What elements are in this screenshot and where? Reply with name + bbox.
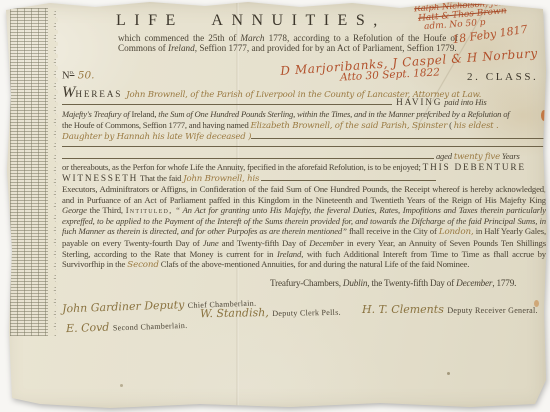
debenture-document: LIFE ANNUITIES, which commenced the 25th…	[0, 0, 550, 412]
text-segment: Elizabeth Brownell, of the said Parish, …	[251, 121, 448, 131]
signature-script: H. T. Clements	[362, 303, 447, 316]
text-segment: Executors, Adminiftrators or Affigns, in…	[62, 184, 546, 205]
text-segment: London,	[439, 227, 474, 237]
wax-stain	[541, 110, 547, 121]
text-segment: and Twenty-fifth Day of	[219, 238, 310, 248]
text-segment: Treafury-Chambers,	[270, 278, 343, 288]
text-segment: HAVING	[392, 98, 442, 108]
text-segment: twenty five	[454, 152, 500, 162]
paper-shadow: LIFE ANNUITIES, which commenced the 25th…	[0, 0, 550, 412]
text-segment: Dublin	[343, 278, 367, 288]
text-segment: N	[62, 71, 70, 82]
main-paragraph: Executors, Adminiftrators or Affigns, in…	[62, 184, 546, 271]
text-segment: fhall receive in the City of	[347, 226, 439, 236]
signature-script: John Gardiner Deputy	[62, 298, 188, 315]
text-segment: Ireland,	[131, 109, 158, 119]
text-segment	[251, 132, 546, 139]
signature-title: Deputy Clerk Pells.	[272, 308, 341, 318]
text-segment: or thereabouts, as the Perfon for whofe …	[62, 162, 423, 172]
text-segment: Clafs of the above-mentioned Annuities, …	[159, 259, 470, 269]
text-segment: Intituled,	[126, 205, 173, 215]
text-segment: , 1779.	[492, 278, 516, 288]
text-segment: his eldest .	[454, 121, 499, 131]
class-label: 2. CLASS.	[467, 71, 538, 83]
line-having-paid: HAVING paid into His	[62, 97, 487, 108]
signature-script: E. Covd	[66, 320, 113, 335]
text-segment: aged	[434, 151, 454, 161]
certificate-number: No. 50.	[62, 69, 95, 82]
text-segment: THIS DEBENTURE	[423, 163, 526, 173]
text-segment: March	[240, 33, 264, 43]
dateline: Treafury-Chambers, Dublin, the Twenty-fi…	[270, 278, 516, 288]
signature-script: W. Standish,	[200, 306, 272, 320]
line-thereabouts: or thereabouts, as the Perfon for whofe …	[62, 162, 526, 173]
text-segment: , the Twenty-fifth Day of	[367, 278, 456, 288]
text-segment: December	[456, 278, 492, 288]
intro-paragraph: which commenced the 25th of March 1778, …	[118, 33, 458, 54]
text-segment: Ireland	[168, 43, 195, 53]
text-segment: Majefty's Treafury of	[62, 109, 131, 119]
text-segment: paid into His	[442, 97, 486, 107]
text-segment	[62, 152, 434, 159]
text-segment: George	[62, 205, 87, 215]
indenture-lace-border	[10, 8, 56, 336]
line-treasury-sum: Majefty's Treafury of Ireland, the Sum o…	[62, 109, 510, 119]
text-segment: WITNESSETH	[62, 174, 138, 184]
text-segment: the Sum of One Hundred Pounds Sterling, …	[158, 109, 509, 119]
text-segment: John Brownell, his	[183, 174, 259, 184]
text-segment: Second	[127, 260, 158, 270]
signature-receiver-general: H. T. Clements Deputy Receiver General.	[362, 300, 538, 318]
signature-title: Second Chamberlain.	[113, 321, 188, 333]
line-having-named: the Houfe of Commons, Seffion 1777, and …	[62, 120, 498, 131]
text-segment: December	[309, 238, 344, 248]
signature-second-chamberlain: E. Covd Second Chamberlain.	[66, 315, 188, 337]
photo-background: LIFE ANNUITIES, which commenced the 25th…	[0, 0, 550, 412]
ink-speck	[447, 372, 450, 375]
text-segment: the Houfe of Commons, Seffion 1777, and …	[62, 120, 251, 130]
text-segment: June	[203, 238, 219, 248]
signature-clerk-pells: W. Standish, Deputy Clerk Pells.	[200, 302, 341, 322]
text-segment: which commenced the 25th of	[118, 33, 240, 43]
ink-speck	[120, 384, 123, 387]
line-daughter: Daughter by Hannah his late Wife decease…	[62, 131, 546, 142]
signature-title: Deputy Receiver General.	[447, 306, 538, 315]
line-witnesseth: WITNESSETH That the faid John Brownell, …	[62, 173, 436, 184]
blank-rule-full	[62, 146, 545, 147]
text-segment	[62, 98, 392, 105]
text-segment: Daughter by Hannah his late Wife decease…	[62, 132, 251, 142]
line-aged: aged twenty five Years	[62, 151, 520, 162]
document-title: LIFE ANNUITIES,	[116, 12, 386, 30]
text-segment: That the faid	[138, 173, 183, 183]
text-segment	[261, 174, 436, 181]
text-segment: Years	[500, 151, 520, 161]
text-segment: the Third,	[87, 205, 126, 215]
text-segment: , Seffion 1777, and provided for by an A…	[195, 43, 457, 53]
text-segment: Ireland	[277, 249, 301, 259]
text-segment: 50.	[74, 70, 94, 82]
lace-scallop-edge	[48, 8, 58, 336]
